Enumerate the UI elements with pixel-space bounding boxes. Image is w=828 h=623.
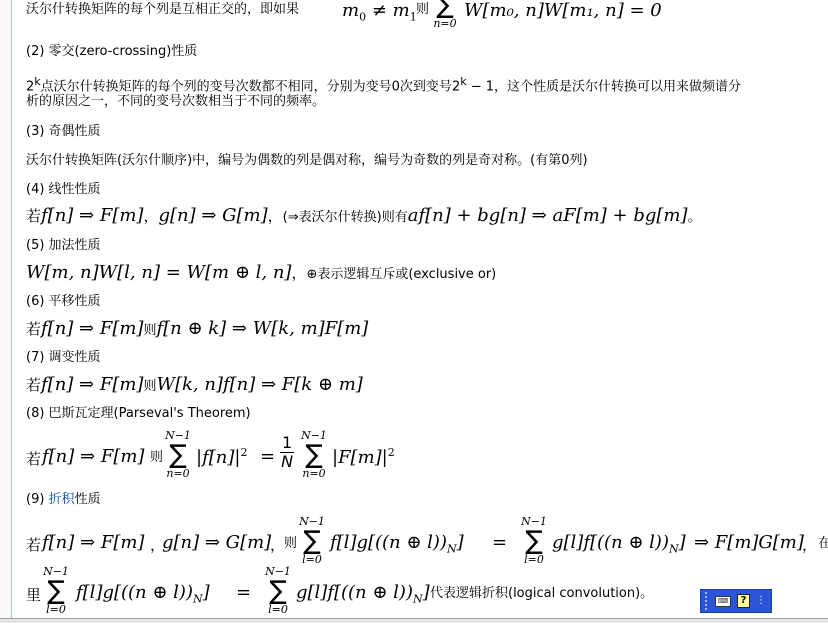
help-icon[interactable]: ? — [737, 594, 750, 608]
summation: N−1 ∑ n=0 — [162, 430, 194, 480]
keyboard-icon[interactable]: ⌨ — [715, 596, 731, 607]
sigma-symbol: ∑ — [262, 578, 294, 604]
summation: ∑ n=0 — [430, 0, 460, 30]
sigma-symbol: ∑ — [518, 528, 550, 554]
summation: N−1 ∑ l=0 — [262, 566, 294, 616]
sigma-symbol: ∑ — [162, 442, 194, 468]
sigma-symbol: ∑ — [298, 442, 330, 468]
heading-linearity: (4) 线性性质 — [26, 182, 101, 198]
zero-crossing-line1: 2k点沃尔什转换矩阵的每个列的变号次数都不相同，分别为变号0次到变号2k − 1… — [26, 74, 741, 95]
zero-crossing-line2: 析的原因之一，不同的变号次数相当于不同的频率。 — [26, 94, 325, 110]
heading-zero-crossing: (2) 零交(zero-crossing)性质 — [26, 44, 197, 60]
drag-handle[interactable] — [705, 592, 709, 610]
convolution-link[interactable]: 折积 — [49, 492, 75, 507]
heading-modulation: (7) 调变性质 — [26, 350, 101, 366]
heading-addition: (5) 加法性质 — [26, 238, 101, 254]
sigma-symbol: ∑ — [430, 0, 460, 18]
linearity-formula: 若f[n] ⇒ F[m]，g[n] ⇒ G[m]，(⇒表沃尔什转换)则有af[n… — [26, 205, 703, 226]
heading-parity: (3) 奇偶性质 — [26, 124, 101, 140]
orthogonality-expr: W[m₀, n]W[m₁, n] = 0 — [464, 0, 662, 21]
heading-shift: (6) 平移性质 — [26, 294, 101, 310]
shift-formula: 若f[n] ⇒ F[m]则f[n ⊕ k] ⇒ W[k, m]F[m] — [26, 318, 368, 339]
sigma-symbol: ∑ — [296, 528, 328, 554]
summation: N−1 ∑ l=0 — [518, 516, 550, 566]
left-margin-bar — [0, 0, 12, 623]
summation: N−1 ∑ l=0 — [40, 566, 72, 616]
then-label: 则 — [416, 2, 429, 18]
heading-convolution: (9) 折积性质 — [26, 492, 101, 508]
parity-text: 沃尔什转换矩阵(沃尔什顺序)中，编号为偶数的列是偶对称，编号为奇数的列是奇对称。… — [26, 153, 588, 169]
bottom-divider — [0, 618, 828, 623]
heading-parseval: (8) 巴斯瓦定理(Parseval's Theorem) — [26, 406, 251, 422]
ime-toolbar[interactable]: ⌨ ? ⋮ — [700, 589, 772, 613]
fraction: 1 N — [280, 434, 294, 471]
sigma-symbol: ∑ — [40, 578, 72, 604]
orthogonality-condition: m0 ≠ m1 — [342, 0, 417, 24]
summation: N−1 ∑ l=0 — [296, 516, 328, 566]
modulation-formula: 若f[n] ⇒ F[m]则W[k, n]f[n] ⇒ F[k ⊕ m] — [26, 374, 363, 395]
options-icon[interactable]: ⋮ — [756, 597, 764, 605]
orthogonality-text: 沃尔什转换矩阵的每个列是互相正交的，即如果 — [26, 2, 299, 18]
summation: N−1 ∑ n=0 — [298, 430, 330, 480]
addition-formula: W[m, n]W[l, n] = W[m ⊕ l, n]，⊕表示逻辑互斥或(ex… — [26, 262, 496, 283]
